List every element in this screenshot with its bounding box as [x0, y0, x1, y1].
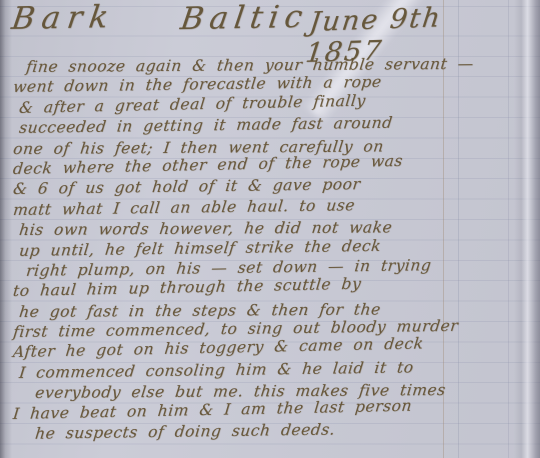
- page-left-edge-shadow: [0, 0, 12, 458]
- manuscript-body: fine snooze again & then your humble ser…: [12, 57, 524, 444]
- manuscript-page: Bark Baltic June 9th 1857 fine snooze ag…: [0, 0, 540, 458]
- page-right-edge: [514, 0, 540, 458]
- ship-name-text: Baltic: [178, 0, 310, 37]
- ship-type-text: Bark: [9, 0, 117, 37]
- page-header: Bark Baltic June 9th 1857: [0, 0, 540, 52]
